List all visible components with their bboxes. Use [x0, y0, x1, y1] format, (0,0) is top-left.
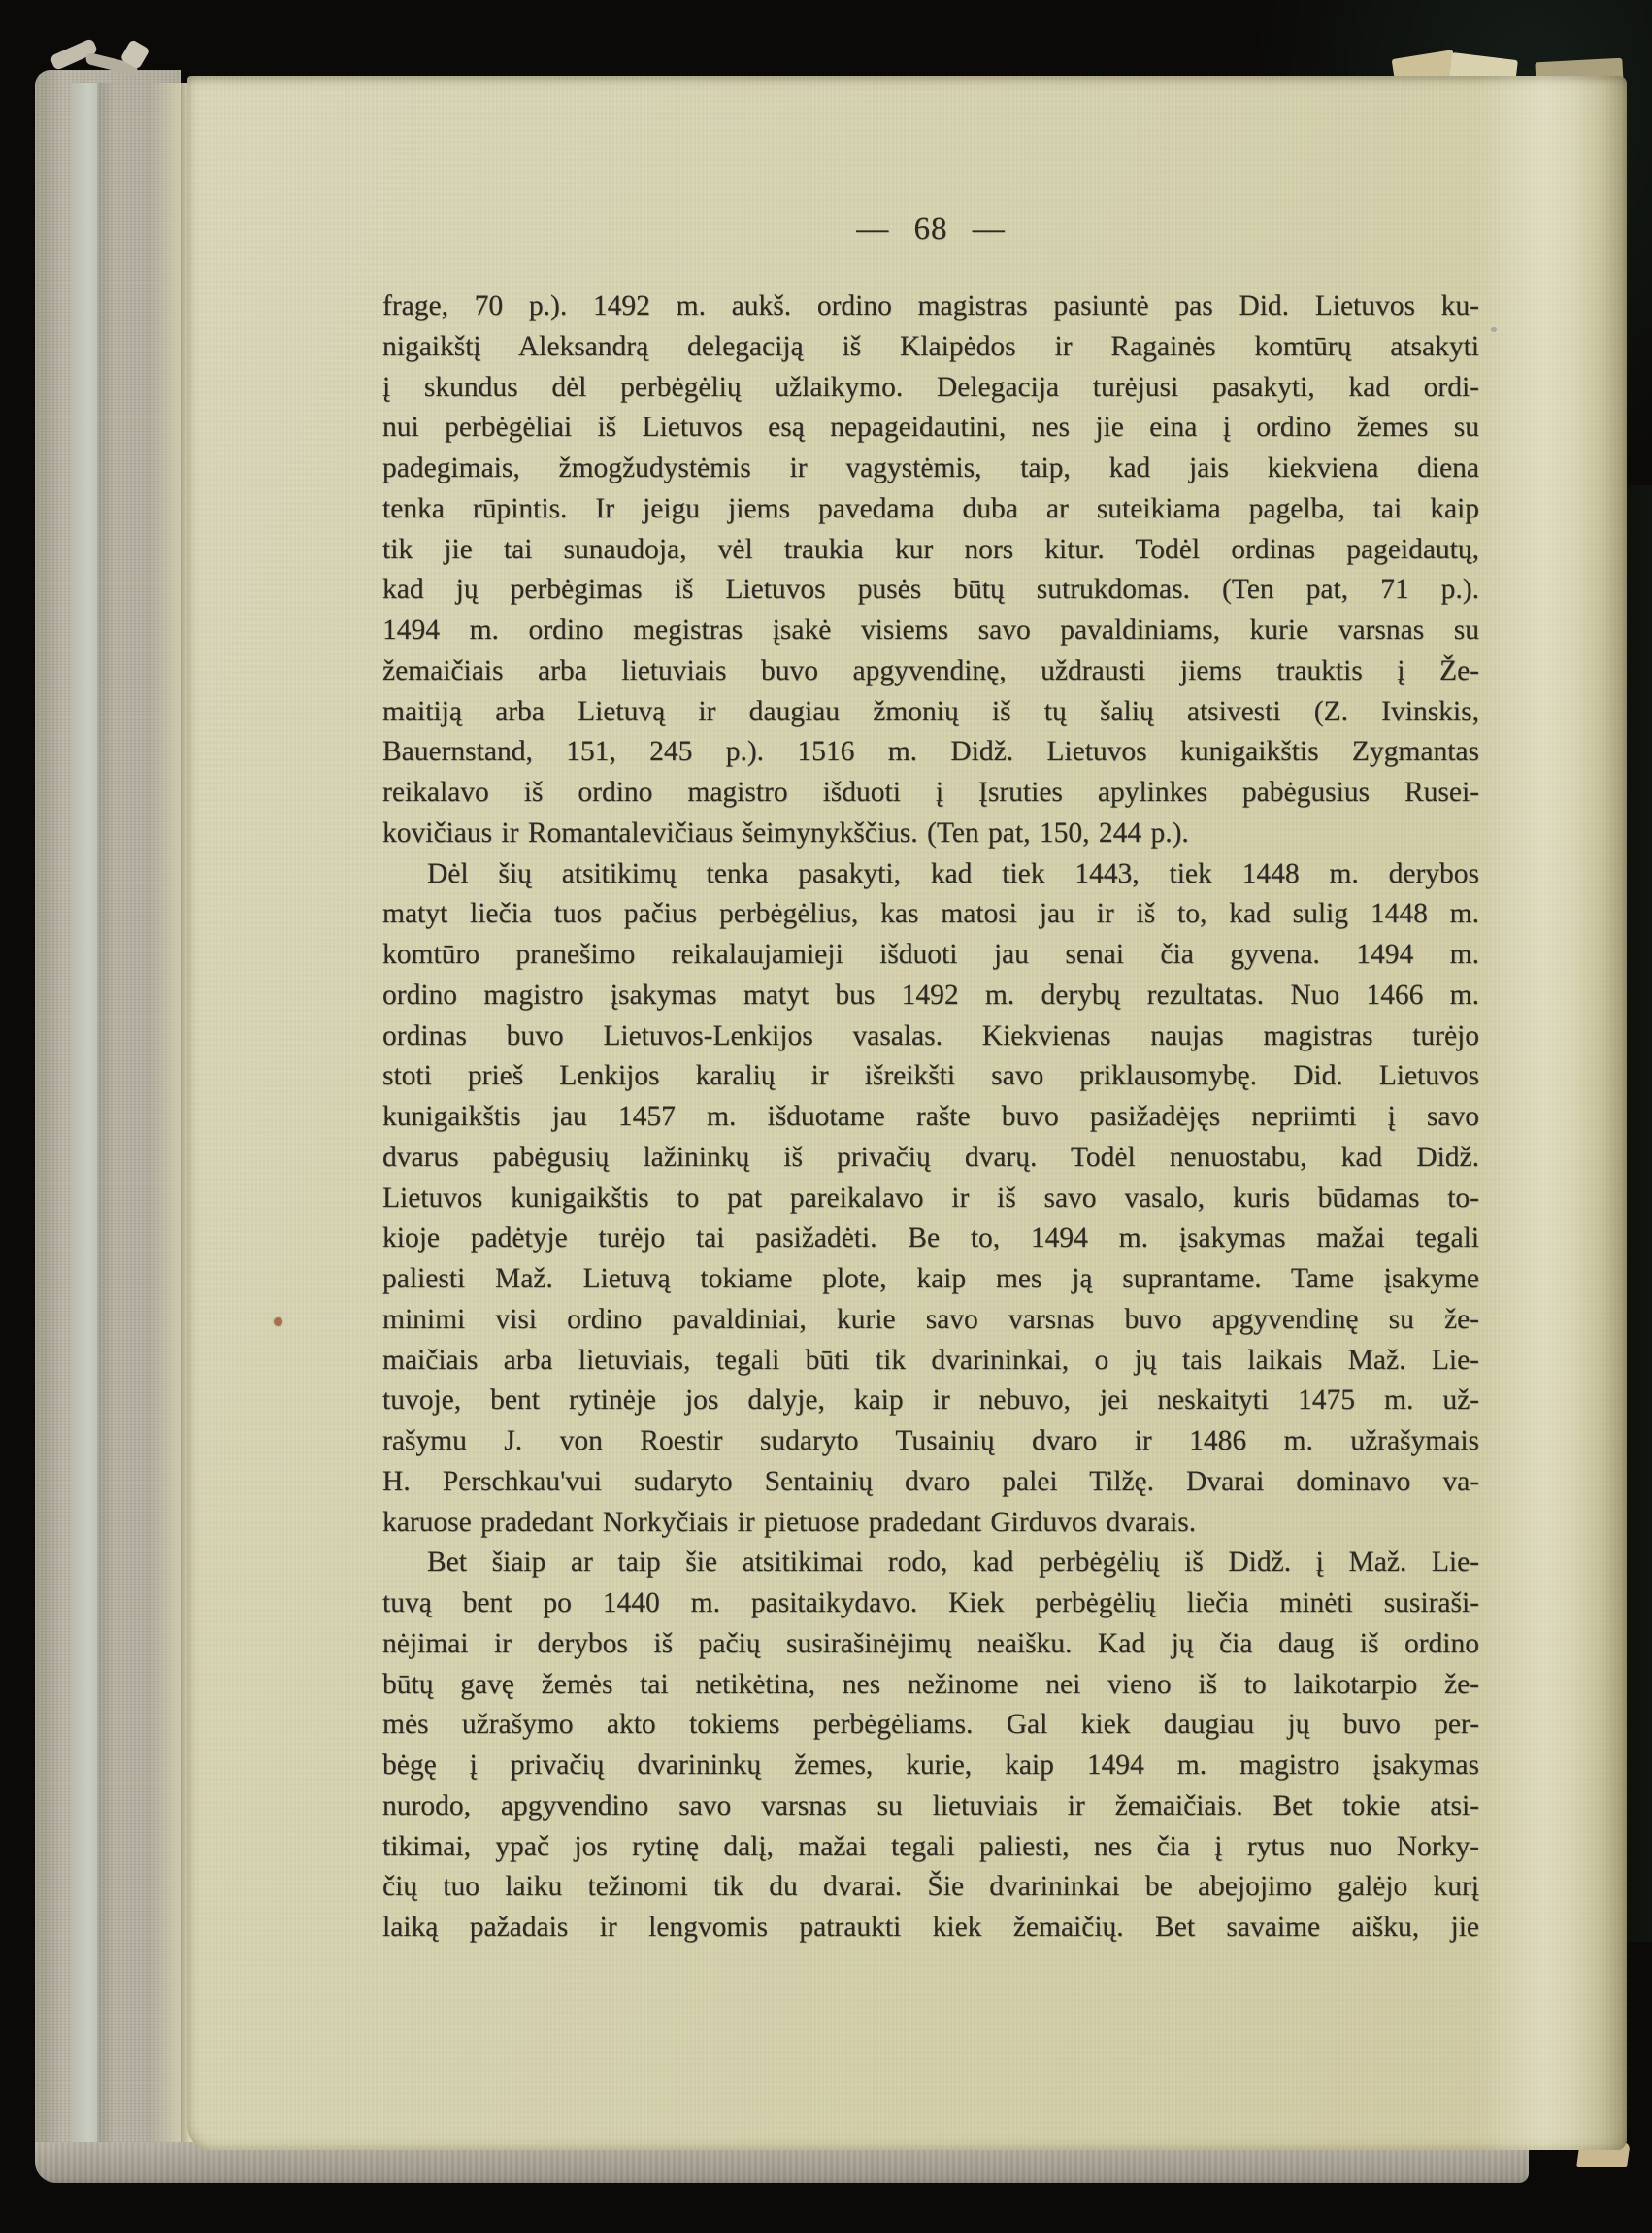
- text-line: tik jie tai sunaudoja, vėl traukia kur n…: [382, 530, 1479, 571]
- text-line: tikimai, ypač jos rytinę dalį, mažai teg…: [382, 1827, 1479, 1868]
- page-number: — 68 —: [382, 212, 1479, 248]
- text-line: frage, 70 p.). 1492 m. aukš. ordino magi…: [382, 286, 1479, 327]
- text-line: stoti prieš Lenkijos karalių ir išreikšt…: [382, 1056, 1479, 1097]
- text-line: padegimais, žmogžudystėmis ir vagystėmis…: [382, 449, 1479, 489]
- text-line: tuvą bent po 1440 m. pasitaikydavo. Kiek…: [382, 1583, 1479, 1624]
- text-line: ordinas buvo Lietuvos-Lenkijos vasalas. …: [382, 1017, 1479, 1057]
- text-line: Bet šiaip ar taip šie atsitikimai rodo, …: [382, 1543, 1479, 1583]
- text-line: maičiais arba lietuviais, tegali būti ti…: [382, 1341, 1479, 1382]
- text-line: H. Perschkau'vui sudaryto Sentainių dvar…: [382, 1462, 1479, 1503]
- text-line: Lietuvos kunigaikštis to pat pareikalavo…: [382, 1179, 1479, 1219]
- text-line: maitiją arba Lietuvą ir daugiau žmonių i…: [382, 692, 1479, 733]
- ink-spot: [274, 1317, 282, 1326]
- text-line: 1494 m. ordino megistras įsakė visiems s…: [382, 611, 1479, 651]
- text-line: karuose pradedant Norkyčiais ir pietuose…: [382, 1503, 1479, 1544]
- text-block: frage, 70 p.). 1492 m. aukš. ordino magi…: [382, 286, 1479, 1949]
- text-line: nėjimai ir derybos iš pačių susirašinėji…: [382, 1624, 1479, 1665]
- text-line: čių tuo laiku težinomi tik du dvarai. Ši…: [382, 1867, 1479, 1908]
- text-line: reikalavo iš ordino magistro išduoti į Į…: [382, 773, 1479, 814]
- text-line: žemaičiais arba lietuviais buvo apgyvend…: [382, 651, 1479, 692]
- text-line: kad jų perbėgimas iš Lietuvos pusės būtų…: [382, 570, 1479, 611]
- text-line: dvarus pabėgusių lažininkų iš privačių d…: [382, 1138, 1479, 1179]
- cover-board-strip: [72, 83, 99, 2144]
- page-stack-fore-edge: [97, 83, 194, 2148]
- text-line: būtų gavę žemės tai netikėtina, nes neži…: [382, 1665, 1479, 1706]
- text-line: minimi visi ordino pavaldiniai, kurie sa…: [382, 1300, 1479, 1341]
- text-line: ordino magistro įsakymas matyt bus 1492 …: [382, 976, 1479, 1017]
- text-line: tuvoje, bent rytinėje jos dalyje, kaip i…: [382, 1381, 1479, 1421]
- text-line: laiką pažadais ir lengvomis patraukti ki…: [382, 1908, 1479, 1949]
- blue-speck: [1491, 327, 1497, 332]
- text-line: paliesti Maž. Lietuvą tokiame plote, kai…: [382, 1259, 1479, 1300]
- text-line: mės užrašymo akto tokiems perbėgėliams. …: [382, 1705, 1479, 1746]
- text-line: kunigaikštis jau 1457 m. išduotame rašte…: [382, 1097, 1479, 1138]
- text-line: rašymu J. von Roestir sudaryto Tusainių …: [382, 1421, 1479, 1462]
- text-line: matyt liečia tuos pačius perbėgėlius, ka…: [382, 894, 1479, 935]
- text-line: kioje padėtyje turėjo tai pasižadėti. Be…: [382, 1218, 1479, 1259]
- text-line: kovičiaus ir Romantalevičiaus šeimynykšč…: [382, 814, 1479, 854]
- text-line: nigaikštį Aleksandrą delegaciją iš Klaip…: [382, 327, 1479, 368]
- scanned-book-photo: — 68 — frage, 70 p.). 1492 m. aukš. ordi…: [0, 0, 1652, 2233]
- text-line: į skundus dėl perbėgėlių užlaikymo. Dele…: [382, 368, 1479, 409]
- text-line: tenka rūpintis. Ir jeigu jiems pavedama …: [382, 489, 1479, 530]
- text-line: nurodo, apgyvendino savo varsnas su liet…: [382, 1786, 1479, 1827]
- text-line: nui perbėgėliai iš Lietuvos esą nepageid…: [382, 408, 1479, 449]
- text-line: Bauernstand, 151, 245 p.). 1516 m. Didž.…: [382, 732, 1479, 773]
- text-line: bėgę į privačių dvarininkų žemes, kurie,…: [382, 1746, 1479, 1786]
- text-line: komtūro pranešimo reikalaujamieji išduot…: [382, 935, 1479, 976]
- text-line: Dėl šių atsitikimų tenka pasakyti, kad t…: [382, 854, 1479, 895]
- book-page: — 68 — frage, 70 p.). 1492 m. aukš. ordi…: [187, 76, 1627, 2150]
